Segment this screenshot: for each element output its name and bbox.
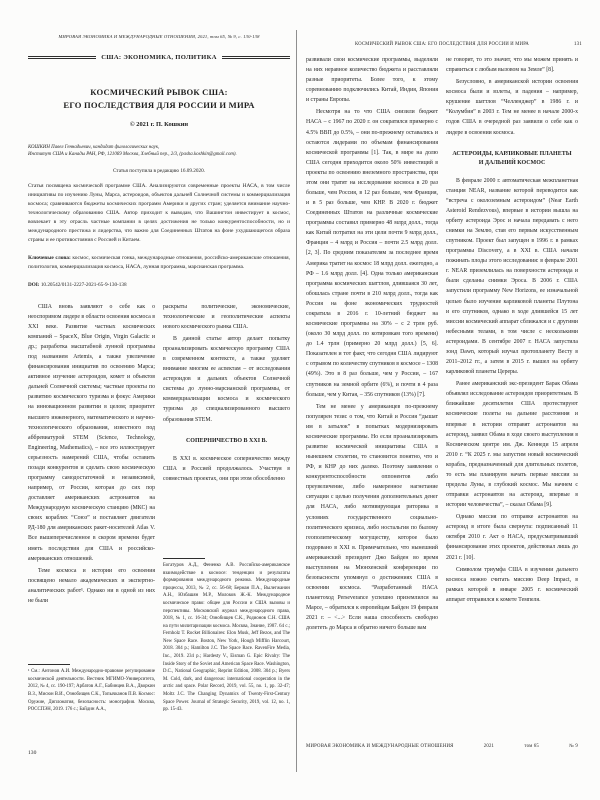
footer-journal-name: МИРОВАЯ ЭКОНОМИКА И МЕЖДУНАРОДНЫЕ ОТНОШЕ… [306,744,454,749]
right-page-column-1: развивали свои космические программы, вы… [306,55,438,737]
section-heading-line1: АСТЕРОИДЫ, КАРЛИКОВЫЕ ПЛАНЕТЫ [446,150,578,159]
body-paragraph: Тем не менее у американцев по-прежнему п… [306,402,438,634]
right-page-column-2: не говорит, то это значит, что мы можем … [446,55,578,737]
footnote-block-col1: ¹ См.: Антонов А.И. Международно-правово… [28,660,155,713]
journal-header-line: МИРОВАЯ ЭКОНОМИКА И МЕЖДУНАРОДНЫЕ ОТНОШЕ… [28,34,290,39]
page-footer: МИРОВАЯ ЭКОНОМИКА И МЕЖДУНАРОДНЫЕ ОТНОШЕ… [306,744,578,749]
banner-rule-right [222,56,290,60]
section-heading-asteroids: АСТЕРОИДЫ, КАРЛИКОВЫЕ ПЛАНЕТЫ И ДАЛЬНИЙ … [446,150,578,168]
running-head-text: КОСМИЧЕСКИЙ РЫВОК США: ЕГО ПОСЛЕДСТВИЯ Д… [355,42,529,47]
article-title-line2: ЕГО ПОСЛЕДСТВИЯ ДЛЯ РОССИИ И МИРА [28,99,290,112]
doi-label: DOI: [28,282,40,288]
copyright-byline: © 2021 г. П. Кошкин [28,121,290,128]
author-affiliation-line: Институт США и Канады РАН, РФ, 121069 Мо… [28,151,290,159]
body-paragraph: не говорит, то это значит, что мы можем … [446,55,578,75]
left-page-columns: США вновь заявляют о себе как о неоспори… [28,302,290,714]
body-paragraph: развивали свои космические программы, вы… [306,55,438,105]
doi-value: 10.20542/0131-2227-2021-65-9-130-138 [41,282,127,288]
footer-issue: № 9 [569,744,578,749]
section-banner: США: ЭКОНОМИКА, ПОЛИТИКА [28,54,290,61]
author-block: КОШКИН Павел Геннадьевич, кандидат филол… [28,144,290,159]
body-paragraph: В данной статье автор делает попытку про… [163,334,290,425]
body-paragraph: США вновь заявляют о себе как о неоспори… [28,302,155,564]
section-banner-text: США: ЭКОНОМИКА, ПОЛИТИКА [101,54,217,61]
banner-rule-left [28,56,96,60]
page-number-131: 131 [574,42,582,47]
article-title: КОСМИЧЕСКИЙ РЫВОК США: ЕГО ПОСЛЕДСТВИЯ Д… [28,86,290,112]
doi-line: DOI: 10.20542/0131-2227-2021-65-9-130-13… [28,282,290,288]
body-paragraph: Теме космоса и истории его освоения посв… [28,566,155,606]
page-number-130: 130 [28,750,36,756]
journal-spread: МИРОВАЯ ЭКОНОМИКА И МЕЖДУНАРОДНЫЕ ОТНОШЕ… [0,0,600,800]
running-head: КОСМИЧЕСКИЙ РЫВОК США: ЕГО ПОСЛЕДСТВИЯ Д… [306,42,578,47]
keywords-line: Ключевые слова: космос, космическая гонк… [28,254,290,272]
page-divider [296,30,297,772]
abstract-text: Статья посвящена космической программе С… [28,182,290,246]
body-paragraph: Несмотря на то что США снизили бюджет НА… [306,107,438,399]
body-paragraph: раскрыты политические, экономические, те… [163,302,290,332]
body-paragraph: В феврале 2000 г. автоматическая межплан… [446,176,578,378]
footnote-block-col2: Богатуров А.Д., Фененко А.В. Российско-а… [163,554,290,714]
footnote-separator [28,664,70,665]
received-date-line: Статья поступила в редакцию 16.09.2020. [28,168,290,174]
body-paragraph: В XXI в. космическое соперничество между… [163,454,290,484]
footer-volume: том 65 [524,744,539,749]
footnote-text: ¹ См.: Антонов А.И. Международно-правово… [28,668,155,713]
page-131: КОСМИЧЕСКИЙ РЫВОК США: ЕГО ПОСЛЕДСТВИЯ Д… [306,0,578,800]
author-name-line: КОШКИН Павел Геннадьевич, кандидат филол… [28,144,290,152]
body-paragraph: Безусловно, в американской истории освое… [446,77,578,137]
left-page-column-1: США вновь заявляют о себе как о неоспори… [28,302,155,714]
footnote-separator [163,558,205,559]
section-heading-rivalry: СОПЕРНИЧЕСТВО В XXI В. [163,437,290,446]
footer-year: 2021 [484,744,494,749]
footnote-text: Богатуров А.Д., Фененко А.В. Российско-а… [163,562,290,714]
body-paragraph: Однако миссия по отправке астронавтов на… [446,512,578,562]
left-page-column-2: раскрыты политические, экономические, те… [163,302,290,714]
keywords-label: Ключевые слова: [28,255,71,261]
section-heading-line2: И ДАЛЬНИЙ КОСМОС [446,159,578,168]
right-page-columns: развивали свои космические программы, вы… [306,55,578,737]
page-130: МИРОВАЯ ЭКОНОМИКА И МЕЖДУНАРОДНЫЕ ОТНОШЕ… [28,0,290,800]
article-title-line1: КОСМИЧЕСКИЙ РЫВОК США: [28,86,290,99]
body-paragraph: Символом триумфа США в изучении дальнего… [446,565,578,605]
body-paragraph: Ранее американский экс-президент Барак О… [446,379,578,510]
